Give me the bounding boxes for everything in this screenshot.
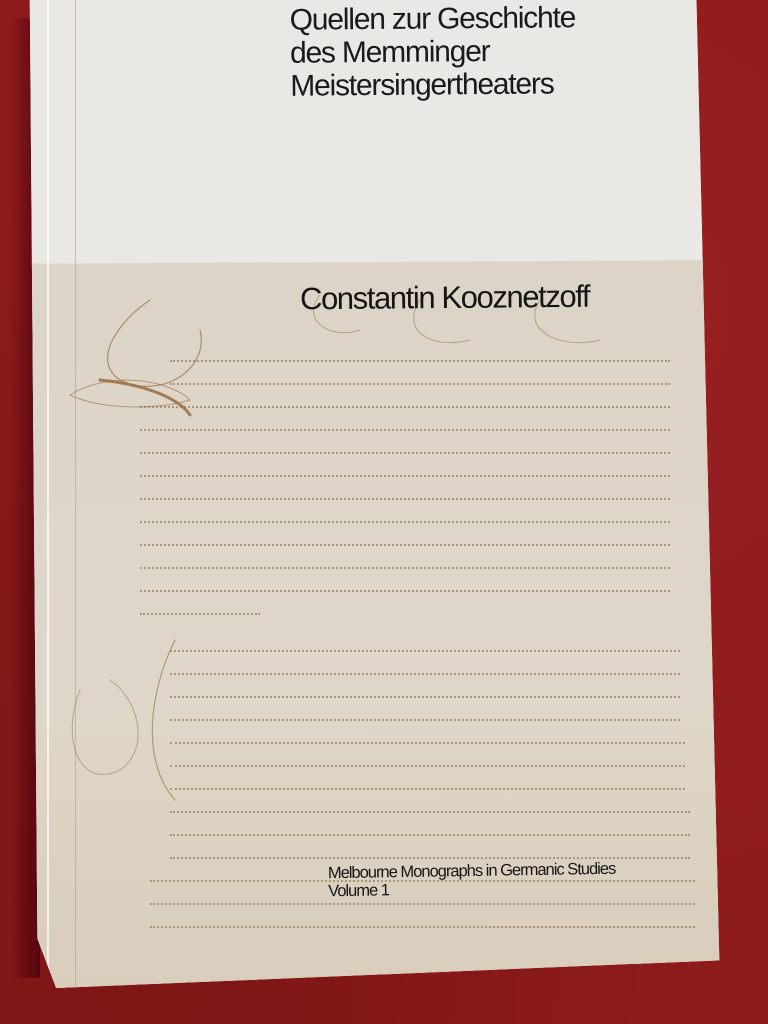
title-line-2: des Memminger <box>290 33 690 69</box>
book-title: Quellen zur Geschichte des Memminger Mei… <box>290 0 691 102</box>
handwritten-text-block <box>140 350 700 950</box>
author-name: Constantin Kooznetzoff <box>300 279 589 318</box>
spine-crease <box>47 0 49 988</box>
title-line-3: Meistersingertheaters <box>290 66 690 102</box>
title-line-1: Quellen zur Geschichte <box>290 0 690 36</box>
series-info: Melbourne Monographs in Germanic Studies… <box>328 860 616 901</box>
spine-crease-inner <box>75 0 76 988</box>
